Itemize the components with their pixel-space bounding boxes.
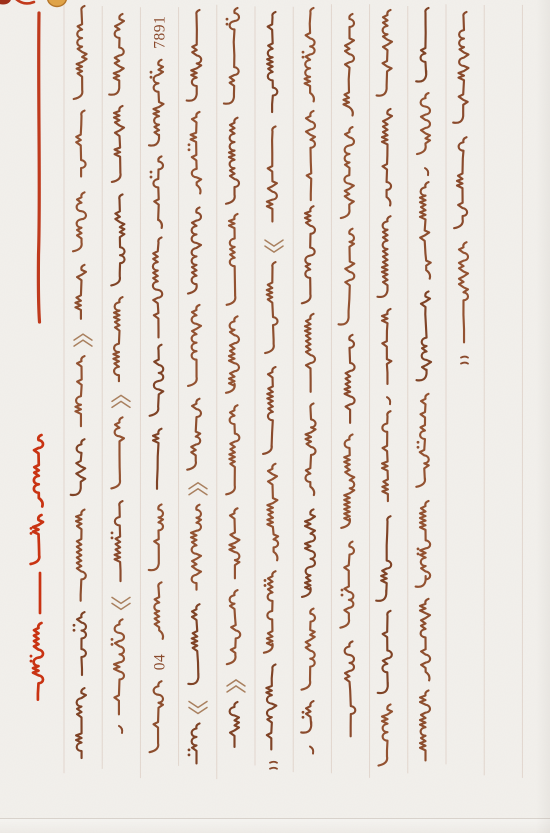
- diacritic-dot: [417, 547, 420, 550]
- diacritic-dot: [111, 536, 114, 539]
- diacritic-dot: [226, 23, 229, 26]
- diacritic-dot: [73, 629, 76, 632]
- diacritic-dot: [111, 643, 114, 646]
- diacritic-dot: [302, 56, 305, 59]
- diacritic-dot: [30, 527, 33, 530]
- diacritic-dot: [302, 716, 305, 719]
- diacritic-dot: [188, 753, 191, 756]
- diacritic-dot: [417, 552, 420, 555]
- diacritic-dot: [302, 51, 305, 54]
- diacritic-dot: [30, 660, 33, 663]
- diacritic-dot: [188, 148, 191, 151]
- diacritic-dot: [188, 143, 191, 146]
- diacritic-dot: [111, 638, 114, 641]
- diacritic-dot: [226, 18, 229, 21]
- numeral-40: 04: [152, 654, 169, 671]
- diacritic-dot: [150, 76, 153, 79]
- numeral-1987: 7891: [152, 16, 169, 49]
- diacritic-dot: [73, 624, 76, 627]
- diacritic-dot: [302, 711, 305, 714]
- diacritic-dot: [341, 594, 344, 597]
- diacritic-dot: [30, 532, 33, 535]
- diacritic-dot: [341, 589, 344, 592]
- diacritic-dot: [417, 441, 420, 444]
- diacritic-dot: [111, 531, 114, 534]
- masthead-rule-line: [38, 13, 39, 322]
- diacritic-dot: [150, 176, 153, 179]
- diacritic-dot: [150, 171, 153, 174]
- page: 789104: [0, 0, 550, 833]
- diacritic-dot: [188, 748, 191, 751]
- diacritic-dot: [150, 71, 153, 74]
- diacritic-dot: [30, 655, 33, 658]
- diacritic-dot: [417, 446, 420, 449]
- diacritic-dot: [264, 584, 267, 587]
- diacritic-dot: [264, 579, 267, 582]
- paper-texture: [0, 0, 550, 833]
- manuscript-canvas: 789104: [0, 0, 550, 833]
